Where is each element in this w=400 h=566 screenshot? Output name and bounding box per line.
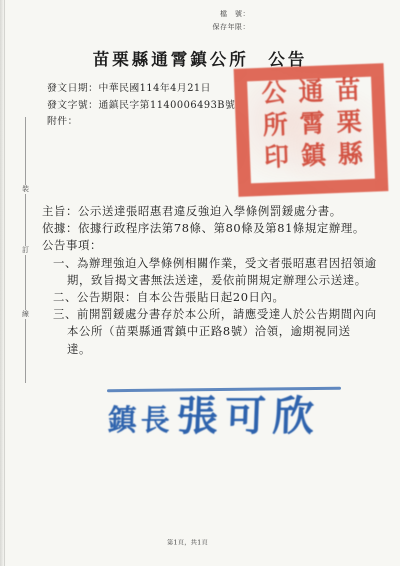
scanned-announcement-page: { "document": { "archive": { "file_no_la…	[0, 0, 400, 566]
attachment-label: 附件：	[47, 114, 235, 131]
official-seal-text: 苗栗縣通霄鎮公所印	[254, 76, 369, 184]
signature-name: 張可欣	[176, 383, 322, 442]
mayor-signature-stamp: 鎮長 張可欣	[102, 377, 352, 439]
binding-mark-xian: 線	[20, 310, 31, 319]
official-seal: 苗栗縣通霄鎮公所印	[234, 63, 389, 197]
retention-period-label: 保存年限：	[204, 21, 250, 34]
scan-edge-shadow	[0, 0, 6, 566]
binding-mark-zhuang: 裝	[20, 185, 31, 194]
doc-number-line: 發文字號：通鎮民字第1140006493B號	[47, 98, 235, 115]
scan-edge-line	[4, 0, 5, 566]
signature-office-title: 鎮長	[107, 398, 174, 439]
item-1-line-1: 一、為辦理強迫入學條例相關作業，受文者張昭惠君因招領逾	[53, 255, 382, 272]
page-number-text: 第1頁，共1頁	[167, 537, 208, 546]
page-footer: 第1頁，共1頁	[167, 534, 233, 553]
item-1-line-2: 期，致旨揭文書無法送達，爰依前開規定辦理公示送達。	[67, 272, 382, 289]
file-number-label: 檔 號：	[204, 8, 250, 21]
archive-labels: 檔 號： 保存年限：	[204, 8, 250, 34]
announcement-body: 主旨：公示送達張昭惠君違反強迫入學條例罰鍰處分書。 依據：依據行政程序法第78條…	[42, 203, 382, 358]
document-meta: 發文日期：中華民國114年4月21日 發文字號：通鎮民字第1140006493B…	[47, 81, 235, 131]
item-3-line-2: 本公所（苗栗縣通霄鎮中正路8號）洽領，逾期視同送	[67, 323, 382, 340]
item-3-line-1: 三、前開罰鍰處分書存於本公所，請應受達人於公告期間內向	[53, 306, 382, 323]
binding-mark-ding: 訂	[20, 246, 31, 255]
legal-basis-line: 依據：依據行政程序法第78條、第80條及第81條規定辦理。	[42, 220, 382, 237]
issue-date-line: 發文日期：中華民國114年4月21日	[47, 81, 235, 98]
item-3-line-3: 達。	[67, 341, 382, 358]
item-2-line: 二、公告期限：自本公告張貼日起20日內。	[53, 289, 382, 306]
items-heading-line: 公告事項：	[42, 237, 382, 254]
subject-line: 主旨：公示送達張昭惠君違反強迫入學條例罰鍰處分書。	[42, 203, 382, 220]
